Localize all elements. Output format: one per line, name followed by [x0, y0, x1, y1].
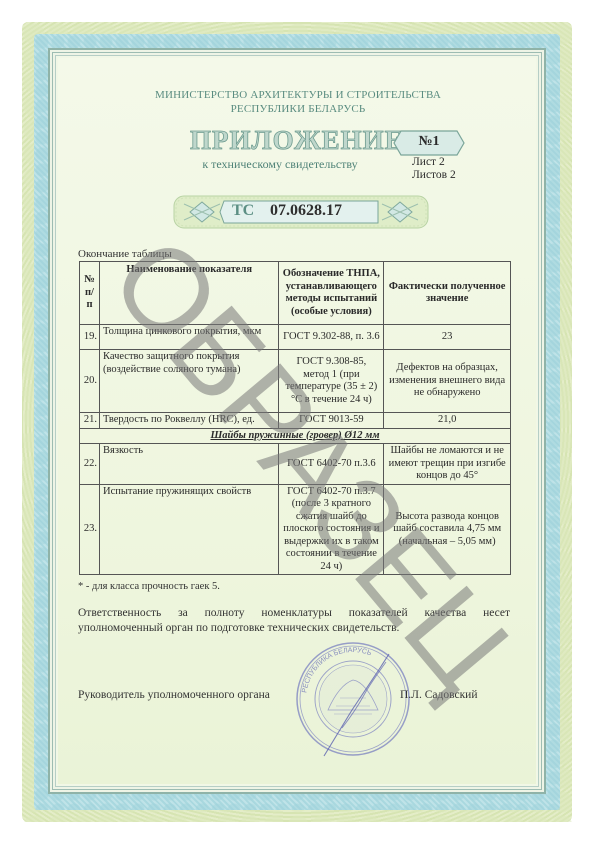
- row-number: 22.: [80, 444, 100, 485]
- table-row: 21. Твердость по Роквеллу (HRC), ед. ГОС…: [80, 413, 511, 429]
- document-subtitle: к техническому свидетельству: [160, 157, 400, 172]
- appendix-number-badge: №1: [393, 130, 465, 156]
- column-header-value: Фактически полученное значение: [384, 262, 511, 325]
- signer-name: П.Л. Садовский: [400, 689, 477, 701]
- issuing-authority: МИНИСТЕРСТВО АРХИТЕКТУРЫ И СТРОИТЕЛЬСТВА…: [0, 88, 596, 116]
- table-row: 19. Толщина цинкового покрытия, мкм ГОСТ…: [80, 325, 511, 350]
- row-value: Дефектов на образцах, изменения внешнего…: [384, 350, 511, 413]
- row-value: Шайбы не ломаются и не имеют трещин при …: [384, 444, 511, 485]
- row-method: ГОСТ 9.308-85, метод 1 (при температуре …: [279, 350, 384, 413]
- appendix-number: №1: [393, 134, 465, 150]
- row-indicator: Вязкость: [99, 444, 278, 485]
- group-title: Шайбы пружинные (гровер) Ø12 мм: [80, 428, 511, 444]
- row-method: ГОСТ 6402-70 п.3.6: [279, 444, 384, 485]
- ministry-line-1: МИНИСТЕРСТВО АРХИТЕКТУРЫ И СТРОИТЕЛЬСТВА: [0, 88, 596, 102]
- column-header-indicator: Наименование показателя: [99, 262, 278, 325]
- table-row: 23. Испытание пружинящих свойств ГОСТ 64…: [80, 484, 511, 575]
- certificate-number: 07.0628.17: [270, 202, 342, 220]
- table-header-row: № п/п Наименование показателя Обозначени…: [80, 262, 511, 325]
- column-header-number: № п/п: [80, 262, 100, 325]
- row-value: Высота развода концов шайб составила 4,7…: [384, 484, 511, 575]
- document-title: ПРИЛОЖЕНИЕ: [190, 125, 390, 156]
- row-indicator: Толщина цинкового покрытия, мкм: [99, 325, 278, 350]
- signer-role: Руководитель уполномоченного органа: [78, 689, 270, 701]
- row-method: ГОСТ 6402-70 п.3.7 (после 3 кратного сжа…: [279, 484, 384, 575]
- row-number: 21.: [80, 413, 100, 429]
- table-row: 22. Вязкость ГОСТ 6402-70 п.3.6 Шайбы не…: [80, 444, 511, 485]
- certificate-prefix: ТС: [232, 202, 254, 220]
- table-footnote: * - для класса прочность гаек 5.: [78, 581, 220, 592]
- row-number: 20.: [80, 350, 100, 413]
- test-results-table: № п/п Наименование показателя Обозначени…: [79, 261, 511, 575]
- row-indicator: Качество защитного покрытия (воздействие…: [99, 350, 278, 413]
- row-number: 19.: [80, 325, 100, 350]
- row-method: ГОСТ 9.302-88, п. 3.6: [279, 325, 384, 350]
- sheet-info: Лист 2 Листов 2: [412, 156, 456, 182]
- table-caption: Окончание таблицы: [78, 248, 172, 260]
- official-stamp-icon: РЕСПУБЛИКА БЕЛАРУСЬ: [294, 640, 412, 758]
- row-value: 21,0: [384, 413, 511, 429]
- row-indicator: Твердость по Роквеллу (HRC), ед.: [99, 413, 278, 429]
- row-value: 23: [384, 325, 511, 350]
- row-indicator: Испытание пружинящих свойств: [99, 484, 278, 575]
- sheet-number: Лист 2: [412, 156, 456, 169]
- table-group-row: Шайбы пружинные (гровер) Ø12 мм: [80, 428, 511, 444]
- ministry-line-2: РЕСПУБЛИКИ БЕЛАРУСЬ: [0, 102, 596, 116]
- certificate-number-band: ТС 07.0628.17: [172, 192, 430, 232]
- sheets-total: Листов 2: [412, 169, 456, 182]
- table-row: 20. Качество защитного покрытия (воздейс…: [80, 350, 511, 413]
- row-number: 23.: [80, 484, 100, 575]
- responsibility-statement: Ответственность за полноту номенклатуры …: [78, 606, 510, 636]
- column-header-method: Обозначение ТНПА, устанавливающего метод…: [279, 262, 384, 325]
- row-method: ГОСТ 9013-59: [279, 413, 384, 429]
